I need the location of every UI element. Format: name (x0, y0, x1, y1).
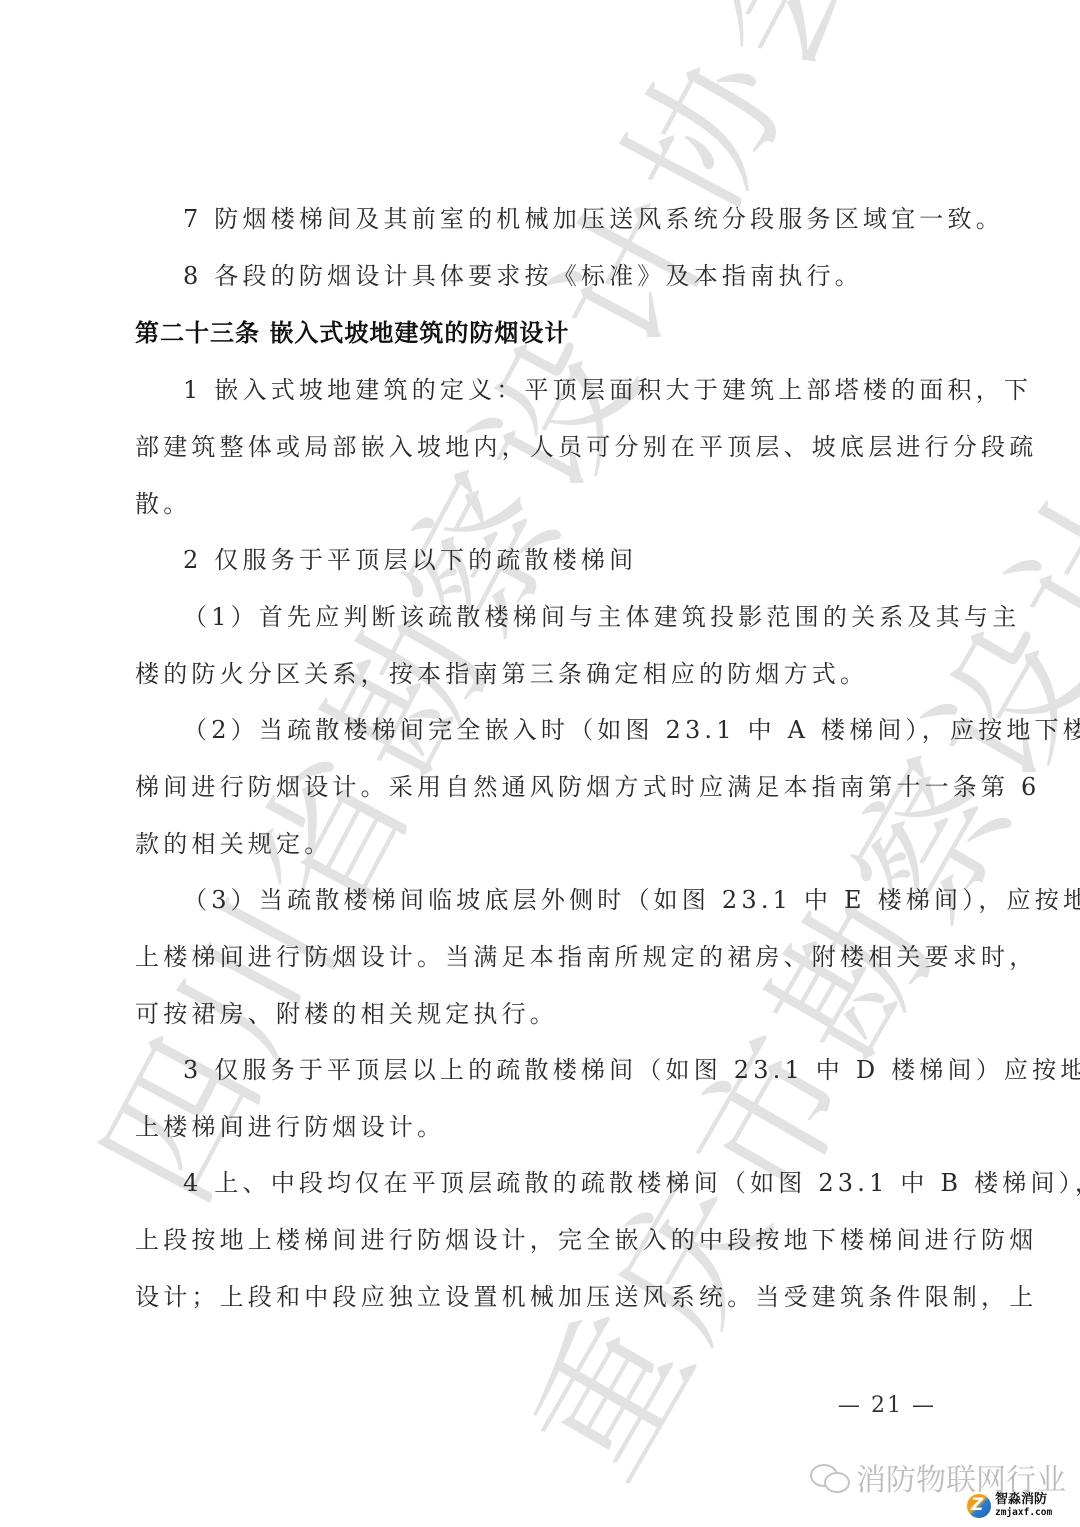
paragraph-line: （1）首先应判断该疏散楼梯间与主体建筑投影范围的关系及其与主 (183, 602, 945, 632)
section-heading: 第二十三条 嵌入式坡地建筑的防烟设计 (135, 318, 569, 348)
logo-url: zmjaxf.com (995, 1506, 1052, 1519)
paragraph-line: 梯间进行防烟设计。采用自然通风防烟方式时应满足本指南第十一条第 6 (135, 772, 945, 802)
paragraph-line: 上楼梯间进行防烟设计。 (135, 1112, 945, 1142)
logo-mark-icon: Z (967, 1494, 991, 1518)
site-logo: Z 智淼消防 zmjaxf.com (965, 1492, 1054, 1520)
paragraph-line: 可按裙房、附楼的相关规定执行。 (135, 999, 945, 1029)
document-page: 四川省勘察设计协会 重庆市勘察设计协会 7 防烟楼梯间及其前室的机械加压送风系统… (0, 0, 1080, 1527)
paragraph-line: 部建筑整体或局部嵌入坡地内，人员可分别在平顶层、坡底层进行分段疏 (135, 432, 945, 462)
paragraph-line: 3 仅服务于平顶层以上的疏散楼梯间（如图 23.1 中 D 楼梯间）应按地 (183, 1055, 945, 1085)
paragraph-line: 散。 (135, 489, 945, 519)
paragraph-line: （2）当疏散楼梯间完全嵌入时（如图 23.1 中 A 楼梯间），应按地下楼 (183, 715, 945, 745)
logo-name: 智淼消防 (995, 1493, 1052, 1506)
paragraph-line: 7 防烟楼梯间及其前室的机械加压送风系统分段服务区域宜一致。 (183, 204, 945, 234)
paragraph-line: 1 嵌入式坡地建筑的定义：平顶层面积大于建筑上部塔楼的面积，下 (183, 375, 945, 405)
paragraph-line: 上楼梯间进行防烟设计。当满足本指南所规定的裙房、附楼相关要求时， (135, 942, 945, 972)
paragraph-line: （3）当疏散楼梯间临坡底层外侧时（如图 23.1 中 E 楼梯间），应按地 (183, 885, 945, 915)
paragraph-line: 设计；上段和中段应独立设置机械加压送风系统。当受建筑条件限制，上 (135, 1282, 945, 1312)
paragraph-line: 8 各段的防烟设计具体要求按《标准》及本指南执行。 (183, 261, 945, 291)
paragraph-line: 款的相关规定。 (135, 829, 945, 859)
paragraph-line: 楼的防火分区关系，按本指南第三条确定相应的防烟方式。 (135, 659, 945, 689)
wechat-icon (810, 1462, 850, 1492)
paragraph-line: 4 上、中段均仅在平顶层疏散的疏散楼梯间（如图 23.1 中 B 楼梯间）， (183, 1168, 945, 1198)
page-number: — 21 — (838, 1393, 936, 1418)
paragraph-line: 2 仅服务于平顶层以下的疏散楼梯间 (183, 545, 945, 575)
paragraph-line: 上段按地上楼梯间进行防烟设计，完全嵌入的中段按地下楼梯间进行防烟 (135, 1225, 945, 1255)
